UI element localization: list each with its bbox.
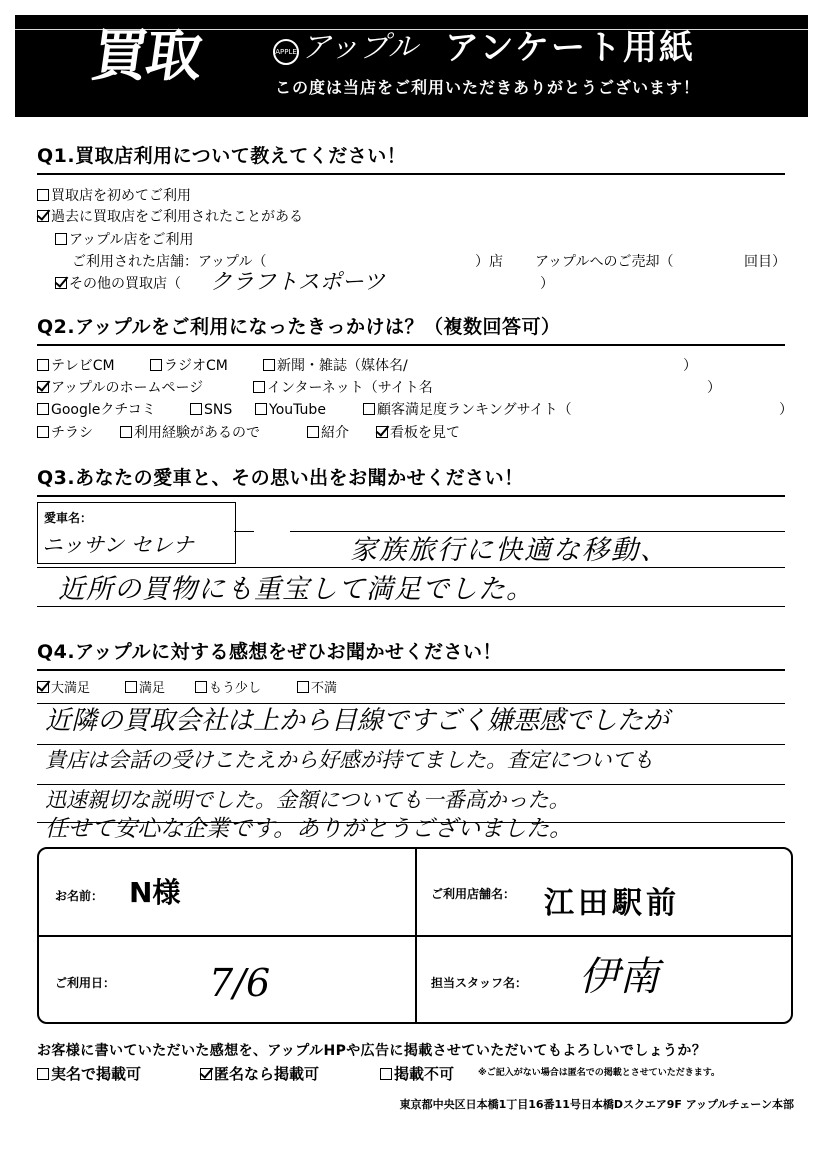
checkbox[interactable] — [376, 426, 388, 438]
q1-suboption-other[interactable]: その他の買取店（ — [55, 277, 181, 291]
comment-line-3: 迅速親切な説明でした。金額についても一番高かった。 — [45, 790, 570, 811]
rating-option[interactable]: 満足 — [125, 681, 165, 695]
write-line — [290, 531, 785, 532]
option-label: インターネット（サイト名 — [267, 380, 433, 396]
option-label: 利用経験があるので — [134, 425, 260, 441]
q2-option[interactable]: SNS — [190, 403, 232, 417]
checkbox[interactable] — [125, 681, 137, 693]
closing-paren: ） — [707, 381, 721, 395]
car-name-value: ニッサン セレナ — [42, 535, 194, 556]
divider — [39, 935, 791, 937]
brand-name: アップル — [301, 33, 418, 63]
sale-count-label: アップルへのご売却（ — [535, 255, 673, 269]
option-label: テレビCM — [51, 358, 115, 374]
option-label: 匿名なら掲載可 — [214, 1065, 319, 1083]
q2-option[interactable]: 利用経験があるので — [120, 426, 260, 440]
checkbox[interactable] — [37, 403, 49, 415]
publish-note: ※ご記入がない場合は匿名での掲載とさせていただきます。 — [478, 1065, 720, 1078]
other-store-close: ） — [540, 277, 554, 291]
store-value[interactable]: 江田駅前 — [544, 889, 680, 919]
checkbox[interactable] — [255, 403, 267, 415]
apple-logo-icon: APPLE — [273, 39, 299, 65]
option-label: ラジオCM — [164, 358, 228, 374]
q2-option[interactable]: チラシ — [37, 426, 93, 440]
q2-option[interactable]: 新聞・雑誌（媒体名/ — [263, 359, 408, 373]
write-line — [37, 744, 785, 745]
q2-option[interactable]: 顧客満足度ランキングサイト（ — [363, 403, 572, 417]
checkbox[interactable] — [37, 681, 49, 693]
option-label: その他の買取店（ — [69, 276, 181, 292]
closing-paren: ） — [683, 359, 697, 373]
write-line — [37, 703, 785, 704]
checkbox[interactable] — [190, 403, 202, 415]
memory-line-1: 家族旅行に快適な移動、 — [350, 537, 669, 564]
publish-question: お客様に書いていただいた感想を、アップルHPや広告に掲載させていただいてもよろし… — [37, 1040, 706, 1060]
customer-info-box: お名前： N様 ご利用店舗名： 江田駅前 ご利用日： 7/6 担当スタッフ名： … — [37, 847, 793, 1024]
write-line — [37, 784, 785, 785]
write-line — [37, 567, 785, 568]
option-label: 不満 — [311, 681, 337, 696]
option-label: SNS — [204, 402, 232, 418]
car-name-box[interactable]: 愛車名： ニッサン セレナ — [37, 502, 236, 564]
checkbox[interactable] — [263, 359, 275, 371]
checkbox[interactable] — [307, 426, 319, 438]
q2-rule — [37, 344, 785, 346]
car-name-label: 愛車名： — [44, 509, 92, 526]
q2-option[interactable]: 看板を見て — [376, 426, 460, 440]
publish-option[interactable]: 実名で掲載可 — [37, 1063, 141, 1084]
checkbox[interactable] — [195, 681, 207, 693]
staff-value[interactable]: 伊南 — [579, 957, 659, 997]
q1-option-first-time[interactable]: 買取店を初めてご利用 — [37, 189, 191, 203]
other-store-value[interactable]: クラフトスポーツ — [210, 272, 385, 294]
rating-option[interactable]: 大満足 — [37, 681, 90, 695]
publish-option[interactable]: 匿名なら掲載可 — [200, 1063, 319, 1084]
publish-option[interactable]: 掲載不可 — [380, 1063, 454, 1084]
survey-title: アンケート用紙 — [445, 31, 695, 65]
option-label: 掲載不可 — [394, 1065, 454, 1083]
q3-title: Q3.あなたの愛車と、その思い出をお聞かせください！ — [37, 469, 524, 488]
checkbox[interactable] — [120, 426, 132, 438]
checkbox[interactable] — [55, 277, 67, 289]
option-label: 顧客満足度ランキングサイト（ — [377, 402, 572, 418]
store-label: ご利用店舗名： — [431, 885, 515, 902]
memory-line-2: 近所の買物にも重宝して満足でした。 — [58, 576, 534, 603]
checkbox[interactable] — [37, 381, 49, 393]
store-used-label: ご利用された店舗：アップル（ — [72, 255, 266, 269]
closing-paren: ） — [779, 403, 793, 417]
checkbox[interactable] — [200, 1068, 212, 1080]
option-label: 過去に買取店をご利用されたことがある — [51, 209, 303, 225]
checkbox[interactable] — [55, 233, 67, 245]
checkbox[interactable] — [37, 189, 49, 201]
option-label: アップルのホームページ — [51, 380, 203, 396]
q2-option[interactable]: Googleクチコミ — [37, 403, 156, 417]
name-label: お名前： — [55, 887, 103, 904]
staff-label: 担当スタッフ名： — [431, 974, 527, 991]
q1-option-used-before[interactable]: 過去に買取店をご利用されたことがある — [37, 210, 303, 224]
checkbox[interactable] — [297, 681, 309, 693]
option-label: 紹介 — [321, 425, 349, 441]
store-used-suffix: ）店 — [475, 255, 503, 269]
q4-title: Q4.アップルに対する感想をぜひお聞かせください！ — [37, 643, 502, 662]
option-label: 新聞・雑誌（媒体名/ — [277, 358, 408, 374]
checkbox[interactable] — [363, 403, 375, 415]
q1-rule — [37, 173, 785, 175]
rating-option[interactable]: もう少し — [195, 681, 261, 695]
q2-title: Q2.アップルをご利用になったきっかけは？（複数回答可） — [37, 318, 561, 337]
q2-option[interactable]: テレビCM — [37, 359, 115, 373]
checkbox[interactable] — [253, 381, 265, 393]
q3-rule — [37, 495, 785, 497]
q1-title: Q1.買取店利用について教えてください！ — [37, 147, 406, 166]
checkbox[interactable] — [37, 426, 49, 438]
q1-suboption-apple[interactable]: アップル店をご利用 — [55, 233, 193, 247]
checkbox[interactable] — [380, 1068, 392, 1080]
write-line — [37, 606, 785, 607]
q2-option[interactable]: 紹介 — [307, 426, 349, 440]
date-label: ご利用日： — [55, 974, 115, 991]
option-label: 実名で掲載可 — [51, 1065, 141, 1083]
q4-rule — [37, 669, 785, 671]
sale-count-suffix: 回目） — [744, 255, 786, 269]
option-label: 満足 — [139, 681, 165, 696]
option-label: 大満足 — [51, 681, 90, 696]
checkbox[interactable] — [37, 1068, 49, 1080]
option-label: アップル店をご利用 — [69, 232, 193, 248]
date-value[interactable]: 7/6 — [209, 964, 270, 1002]
option-label: Googleクチコミ — [51, 402, 156, 418]
q2-option[interactable]: アップルのホームページ — [37, 381, 203, 395]
comment-line-4: 任せて安心な企業です。ありがとうございました。 — [45, 818, 572, 841]
option-label: YouTube — [269, 402, 326, 418]
checkbox[interactable] — [37, 359, 49, 371]
q2-option[interactable]: インターネット（サイト名 — [253, 381, 433, 395]
option-label: 看板を見て — [390, 425, 460, 441]
option-label: チラシ — [51, 425, 93, 441]
option-label: もう少し — [209, 681, 261, 696]
footer-address: 東京都中央区日本橋1丁目16番11号日本橋Dスクエア9F アップルチェーン本部 — [400, 1096, 794, 1112]
comment-line-2: 貴店は会話の受けこたえから好感が持てました。査定についても — [45, 750, 654, 771]
write-line — [234, 531, 254, 532]
q2-option[interactable]: YouTube — [255, 403, 326, 417]
name-value[interactable]: N様 — [129, 879, 180, 907]
q2-option[interactable]: ラジオCM — [150, 359, 228, 373]
checkbox[interactable] — [37, 210, 49, 222]
comment-line-1: 近隣の買取会社は上から目線ですごく嫌悪感でしたが — [45, 708, 669, 734]
survey-subtitle: この度は当店をご利用いただきありがとうございます！ — [275, 75, 700, 98]
kaitori-logo: 買取 — [88, 29, 204, 85]
survey-header: 買取 APPLE アップル アンケート用紙 この度は当店をご利用いただきありがと… — [15, 15, 808, 117]
option-label: 買取店を初めてご利用 — [51, 188, 191, 204]
checkbox[interactable] — [150, 359, 162, 371]
rating-option[interactable]: 不満 — [297, 681, 337, 695]
